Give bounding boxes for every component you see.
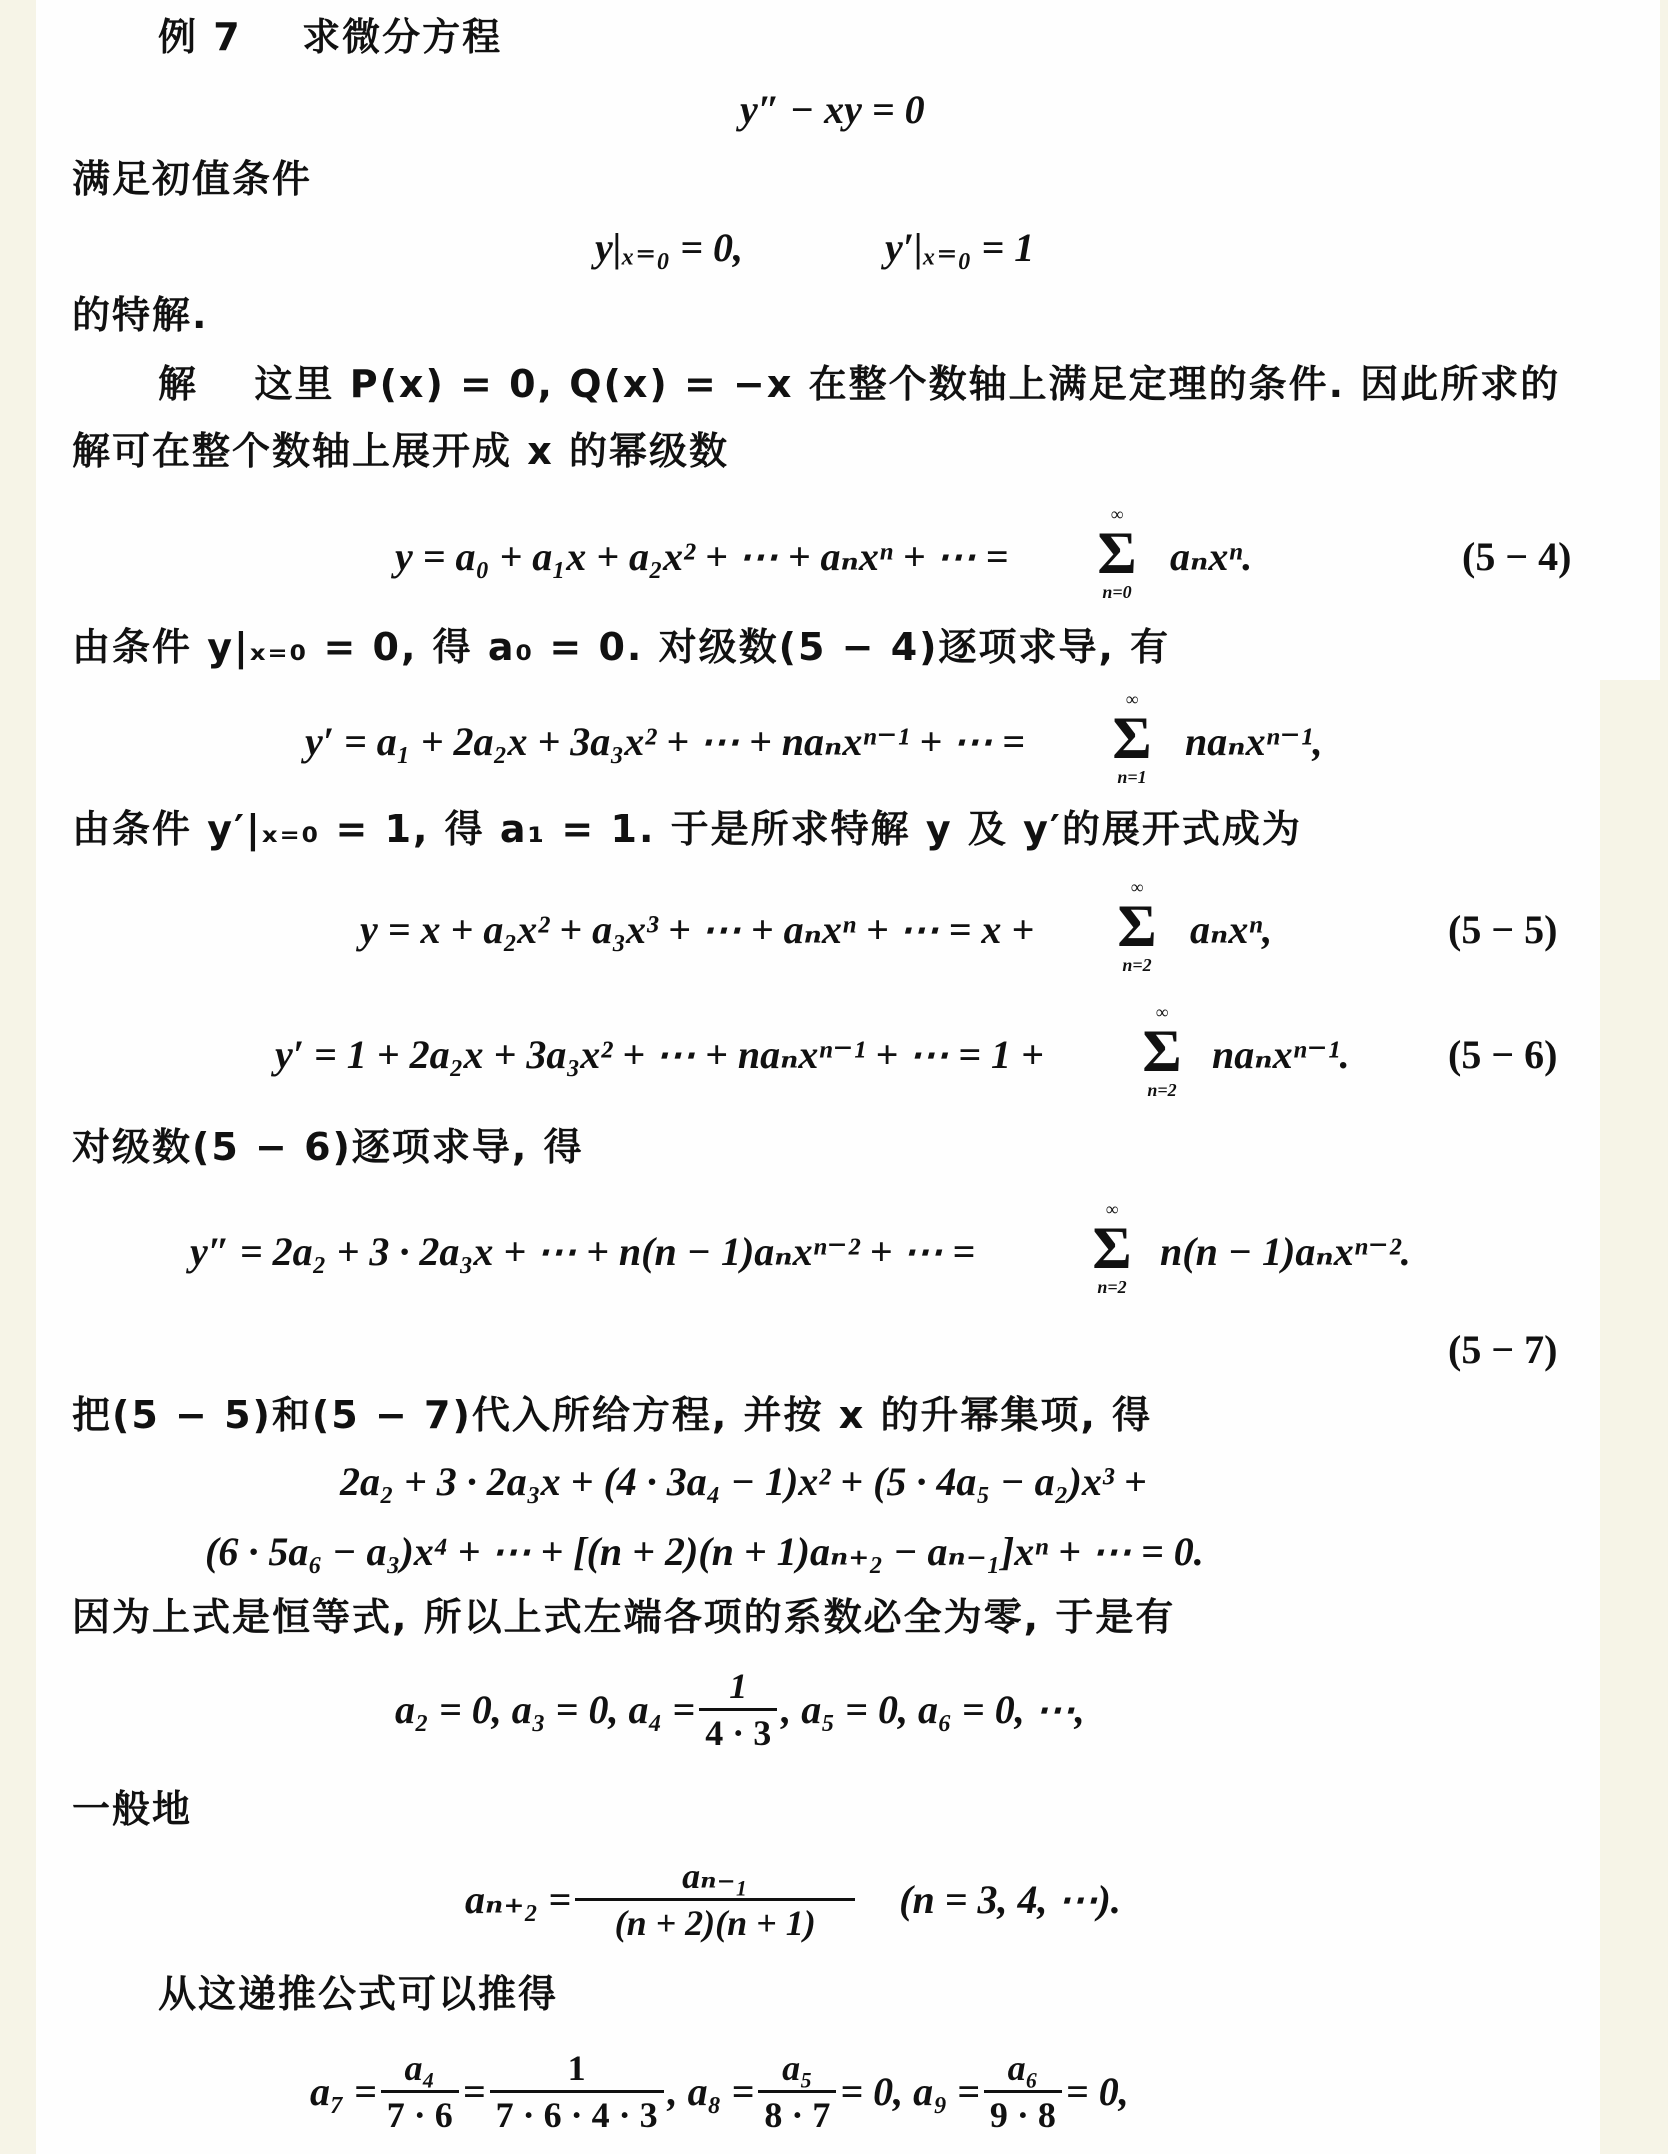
eq-5-5-rhs: aₙxⁿ,: [1190, 910, 1272, 950]
sigma-icon: Σ: [1095, 523, 1139, 583]
fraction-denominator: 4 · 3: [699, 1708, 777, 1751]
eq-deriv1-lhs: y′ = a₁ + 2a₂x + 3a₃x² + ⋯ + naₙxⁿ⁻¹ + ⋯…: [305, 722, 1025, 762]
eq-5-5-sum: ∞ Σ n=2: [1115, 878, 1159, 974]
fraction-numerator: a₅: [776, 2050, 819, 2090]
solution-para1-text: 这里 P(x) = 0, Q(x) = −x 在整个数轴上满足定理的条件. 因此…: [254, 362, 1560, 406]
fraction-denominator: 9 · 8: [984, 2090, 1062, 2133]
solution-para6: 因为上式是恒等式, 所以上式左端各项的系数必全为零, 于是有: [72, 1598, 1175, 1636]
eq-combined-line1: 2a₂ + 3 · 2a₃x + (4 · 3a₄ − 1)x² + (5 · …: [340, 1462, 1147, 1502]
solution-para5: 把(5 − 5)和(5 − 7)代入所给方程, 并按 x 的升幂集项, 得: [72, 1396, 1152, 1434]
example-tail: 的特解.: [72, 296, 208, 334]
eq-5-5-lhs: y = x + a₂x² + a₃x³ + ⋯ + aₙxⁿ + ⋯ = x +: [360, 910, 1034, 950]
example-label: 例 7: [158, 15, 242, 59]
solution-para1-line1: 解 这里 P(x) = 0, Q(x) = −x 在整个数轴上满足定理的条件. …: [158, 365, 1560, 403]
solution-para8: 从这递推公式可以推得: [158, 1975, 558, 2013]
equals-sign: =: [463, 2072, 486, 2112]
eq-5-6-lhs: y′ = 1 + 2a₂x + 3a₃x² + ⋯ + naₙxⁿ⁻¹ + ⋯ …: [275, 1035, 1044, 1075]
recurrence-lhs: aₙ₊₂ =: [465, 1880, 571, 1920]
solution-para2: 由条件 y|ₓ₌₀ = 0, 得 a₀ = 0. 对级数(5 − 4)逐项求导,…: [72, 628, 1170, 666]
example-title: 求微分方程: [302, 15, 502, 59]
recurrence-range: (n = 3, 4, ⋯).: [899, 1880, 1121, 1920]
eq-5-7-lhs: y″ = 2a₂ + 3 · 2a₃x + ⋯ + n(n − 1)aₙxⁿ⁻²…: [190, 1232, 975, 1272]
eq-5-4-lhs: y = a₀ + a₁x + a₂x² + ⋯ + aₙxⁿ + ⋯ =: [395, 537, 1008, 577]
fraction-denominator: 8 · 7: [758, 2090, 836, 2133]
sigma-icon: Σ: [1115, 896, 1159, 956]
a9-fraction: a₆ 9 · 8: [984, 2050, 1062, 2133]
eq-number-5-5: (5 − 5): [1448, 910, 1557, 950]
coeff-after-frac: , a₅ = 0, a₆ = 0, ⋯,: [781, 1690, 1084, 1730]
fraction-denominator: 7 · 6 · 4 · 3: [490, 2090, 664, 2133]
document-content: 例 7 求微分方程 y″ − xy = 0 满足初值条件 y|ₓ₌₀ = 0, …: [0, 0, 1668, 2154]
eq-5-4-rhs: aₙxⁿ.: [1170, 537, 1252, 577]
initial-condition-1: y|ₓ₌₀ = 0,: [595, 228, 743, 268]
eq-5-6-sum: ∞ Σ n=2: [1140, 1003, 1184, 1099]
solution-para4: 对级数(5 − 6)逐项求导, 得: [72, 1128, 584, 1166]
initial-condition-2: y′|ₓ₌₀ = 1: [885, 228, 1034, 268]
solution-para7: 一般地: [72, 1790, 192, 1828]
eq-number-5-7: (5 − 7): [1448, 1330, 1557, 1370]
solution-label: 解: [158, 362, 198, 406]
solution-para3: 由条件 y′|ₓ₌₀ = 1, 得 a₁ = 1. 于是所求特解 y 及 y′的…: [72, 810, 1302, 848]
main-equation: y″ − xy = 0: [740, 90, 925, 130]
eq-5-4-sum: ∞ Σ n=0: [1095, 505, 1139, 601]
recurrence-formula: aₙ₊₂ = aₙ₋₁ (n + 2)(n + 1) (n = 3, 4, ⋯)…: [465, 1858, 1121, 1941]
derived-coefficients: a₇ = a₄ 7 · 6 = 1 7 · 6 · 4 · 3 , a₈ = a…: [310, 2050, 1129, 2133]
solution-para1-line2: 解可在整个数轴上展开成 x 的幂级数: [72, 432, 729, 470]
eq-5-6-rhs: naₙxⁿ⁻¹.: [1212, 1035, 1350, 1075]
a7-fraction-1: a₄ 7 · 6: [381, 2050, 459, 2133]
sigma-icon: Σ: [1090, 1218, 1134, 1278]
condition-intro: 满足初值条件: [72, 160, 312, 198]
fraction-numerator: aₙ₋₁: [676, 1858, 754, 1898]
sigma-icon: Σ: [1140, 1021, 1184, 1081]
fraction-numerator: a₆: [1002, 2050, 1045, 2090]
eq-5-7-rhs: n(n − 1)aₙxⁿ⁻².: [1160, 1232, 1411, 1272]
derived-tail: = 0,: [1066, 2072, 1129, 2112]
a8-fraction: a₅ 8 · 7: [758, 2050, 836, 2133]
example-heading: 例 7 求微分方程: [158, 18, 502, 56]
a8-lhs: , a₈ =: [668, 2072, 755, 2112]
eq-number-5-6: (5 − 6): [1448, 1035, 1557, 1075]
fraction-denominator: 7 · 6: [381, 2090, 459, 2133]
fraction-numerator: 1: [562, 2050, 592, 2090]
eq-deriv1-rhs: naₙxⁿ⁻¹,: [1185, 722, 1323, 762]
eq-number-5-4: (5 − 4): [1462, 537, 1571, 577]
eq-5-7-sum: ∞ Σ n=2: [1090, 1200, 1134, 1296]
a7-lhs: a₇ =: [310, 2072, 377, 2112]
fraction-denominator: (n + 2)(n + 1): [575, 1898, 855, 1941]
eq-combined-line2: (6 · 5a₆ − a₃)x⁴ + ⋯ + [(n + 2)(n + 1)aₙ…: [205, 1532, 1204, 1572]
fraction-numerator: a₄: [398, 2050, 441, 2090]
coefficients-line: a₂ = 0, a₃ = 0, a₄ = 1 4 · 3 , a₅ = 0, a…: [395, 1668, 1085, 1751]
eq-deriv1-sum: ∞ Σ n=1: [1110, 690, 1154, 786]
sigma-icon: Σ: [1110, 708, 1154, 768]
coeff-a4-fraction: 1 4 · 3: [699, 1668, 777, 1751]
a9-lhs: = 0, a₉ =: [840, 2072, 980, 2112]
a7-fraction-2: 1 7 · 6 · 4 · 3: [490, 2050, 664, 2133]
recurrence-fraction: aₙ₋₁ (n + 2)(n + 1): [575, 1858, 855, 1941]
fraction-numerator: 1: [723, 1668, 753, 1708]
coeff-before-frac: a₂ = 0, a₃ = 0, a₄ =: [395, 1690, 695, 1730]
